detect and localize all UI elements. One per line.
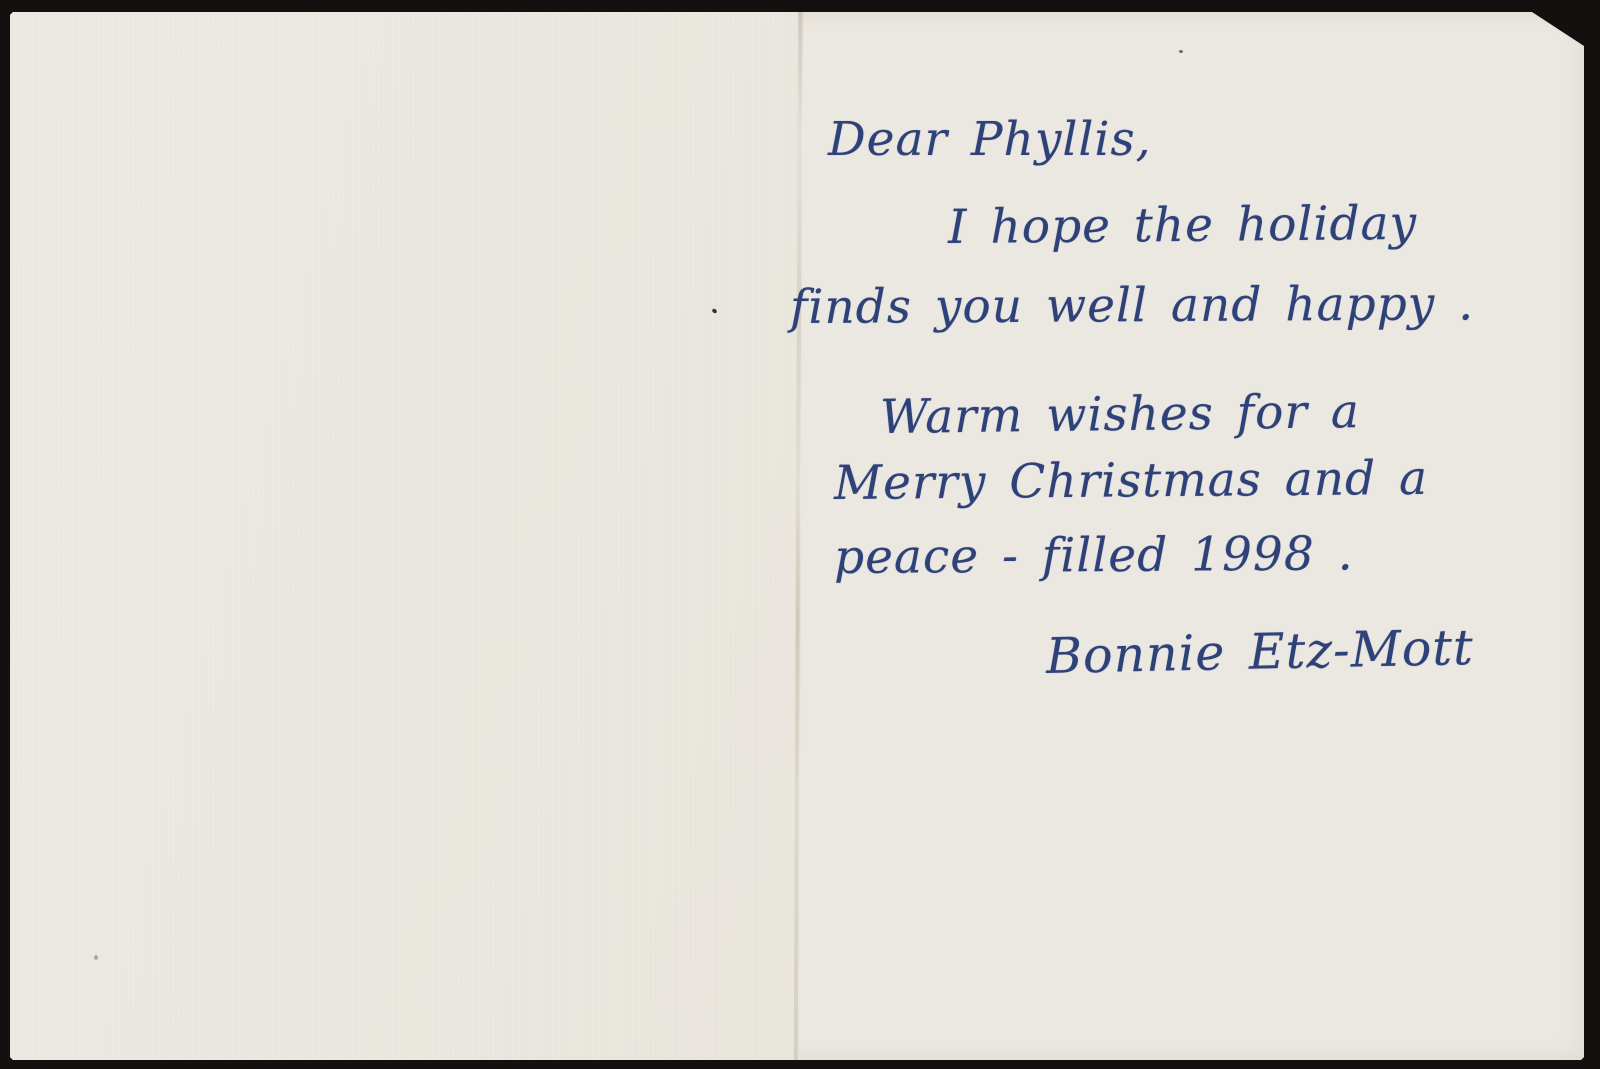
body-line-2: finds you well and happy . xyxy=(790,276,1474,335)
salutation-line: Dear Phyllis, xyxy=(828,112,1152,167)
body-line-4: Merry Christmas and a xyxy=(834,451,1429,511)
body-line-3: Warm wishes for a xyxy=(880,384,1361,445)
body-line-1: I hope the holiday xyxy=(948,196,1418,255)
scanned-greeting-card: Dear Phyllis, I hope the holiday finds y… xyxy=(0,0,1600,1069)
body-line-5: peace - filled 1998 . xyxy=(834,526,1354,585)
card-left-page-blank xyxy=(10,12,798,1060)
signature-line: Bonnie Etz-Mott xyxy=(1045,619,1474,685)
paper-speck xyxy=(1179,50,1183,53)
paper-speck xyxy=(94,955,98,960)
